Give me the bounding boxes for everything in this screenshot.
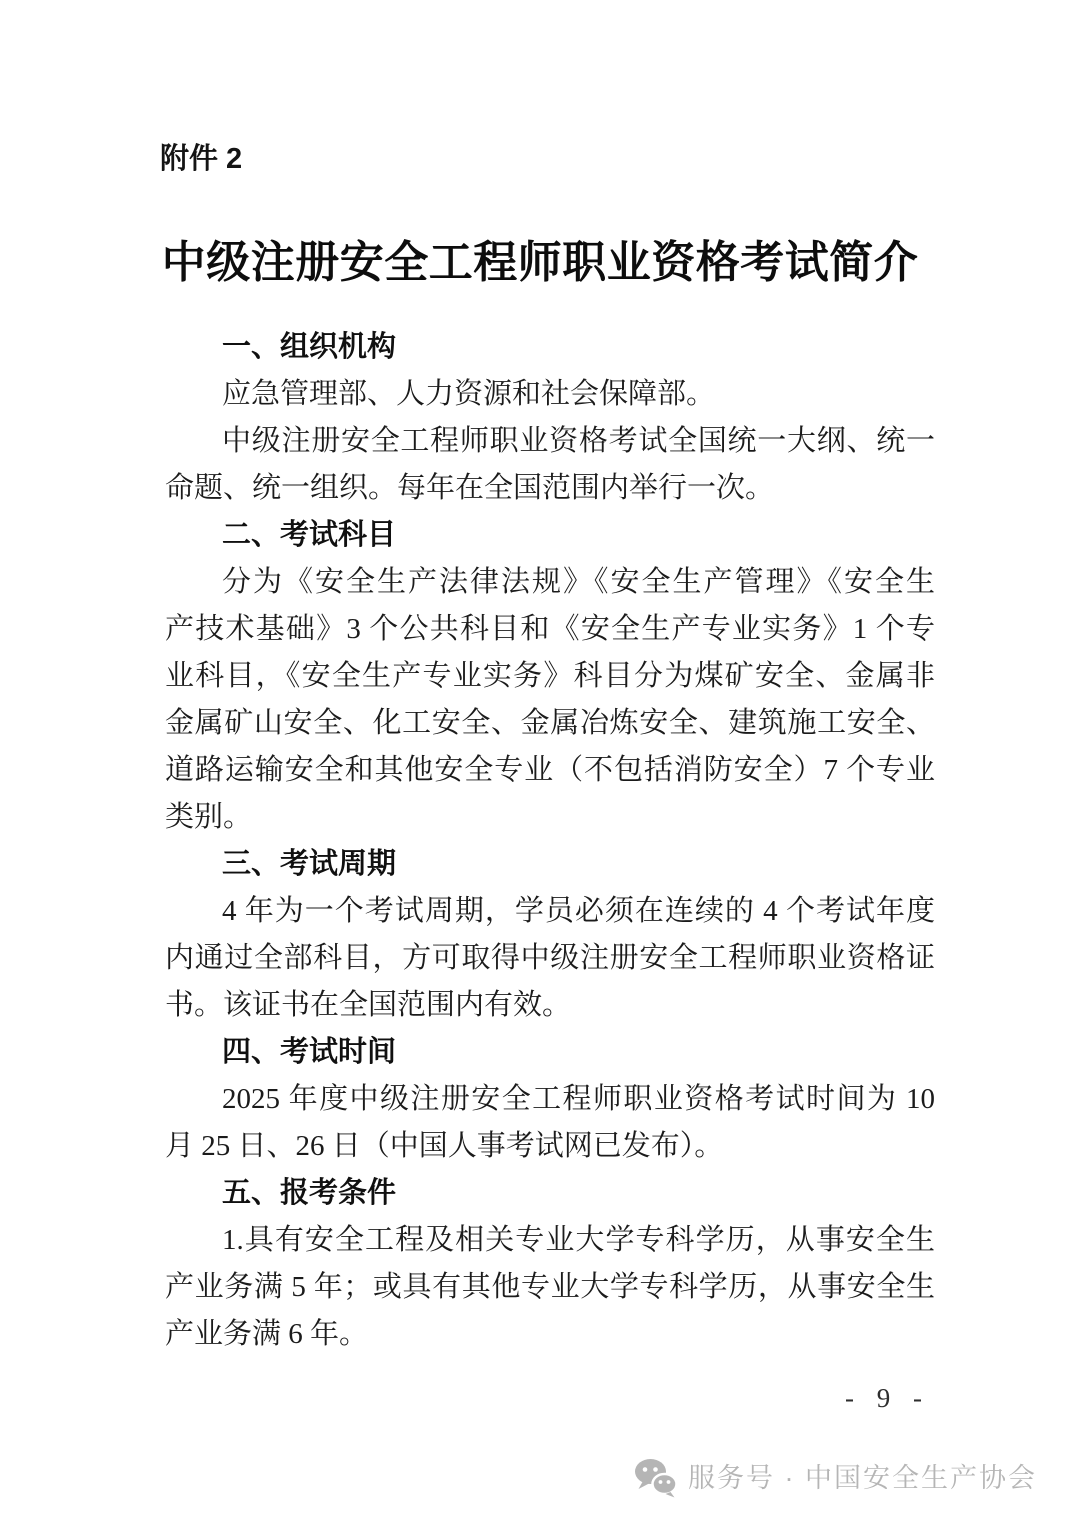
body-line: 2025 年度中级注册安全工程师职业资格考试时间为 10 — [165, 1076, 935, 1123]
body-line: 产业务满 5 年；或具有其他专业大学专科学历，从事安全生 — [165, 1264, 935, 1311]
body-line: 命题、统一组织。每年在全国范围内举行一次。 — [165, 465, 935, 512]
body-line: 月 25 日、26 日（中国人事考试网已发布）。 — [165, 1123, 935, 1170]
body-line: 产业务满 6 年。 — [165, 1311, 935, 1358]
body-line: 道路运输安全和其他安全专业（不包括消防安全）7 个专业 — [165, 747, 935, 794]
section-heading-cycle: 三、考试周期 — [165, 841, 935, 888]
wechat-footer-banner: 服务号 · 中国安全生产协会 — [634, 1458, 1037, 1498]
section-heading-organization: 一、组织机构 — [165, 324, 935, 371]
section-heading-requirements: 五、报考条件 — [165, 1170, 935, 1217]
body-line: 业科目，《安全生产专业实务》科目分为煤矿安全、金属非 — [165, 653, 935, 700]
body-line: 4 年为一个考试周期，学员必须在连续的 4 个考试年度 — [165, 888, 935, 935]
page-number: - 9 - — [845, 1378, 930, 1418]
page-title: 中级注册安全工程师职业资格考试简介 — [0, 236, 1080, 290]
body-line: 内通过全部科目，方可取得中级注册安全工程师职业资格证 — [165, 935, 935, 982]
document-page: 附件 2 中级注册安全工程师职业资格考试简介 一、组织机构 应急管理部、人力资源… — [0, 0, 1080, 1527]
body-line: 书。该证书在全国范围内有效。 — [165, 982, 935, 1029]
document-body: 一、组织机构 应急管理部、人力资源和社会保障部。 中级注册安全工程师职业资格考试… — [165, 324, 935, 1358]
body-line: 1.具有安全工程及相关专业大学专科学历，从事安全生 — [165, 1217, 935, 1264]
body-line: 产技术基础》3 个公共科目和《安全生产专业实务》1 个专 — [165, 606, 935, 653]
body-line: 应急管理部、人力资源和社会保障部。 — [165, 371, 935, 418]
section-heading-time: 四、考试时间 — [165, 1029, 935, 1076]
wechat-account-label: 服务号 · 中国安全生产协会 — [688, 1458, 1037, 1498]
body-line: 中级注册安全工程师职业资格考试全国统一大纲、统一 — [165, 418, 935, 465]
attachment-label: 附件 2 — [160, 140, 242, 178]
body-line: 类别。 — [165, 794, 935, 841]
wechat-icon — [634, 1458, 678, 1498]
body-line: 金属矿山安全、化工安全、金属冶炼安全、建筑施工安全、 — [165, 700, 935, 747]
body-line: 分为《安全生产法律法规》《安全生产管理》《安全生 — [165, 559, 935, 606]
section-heading-subjects: 二、考试科目 — [165, 512, 935, 559]
